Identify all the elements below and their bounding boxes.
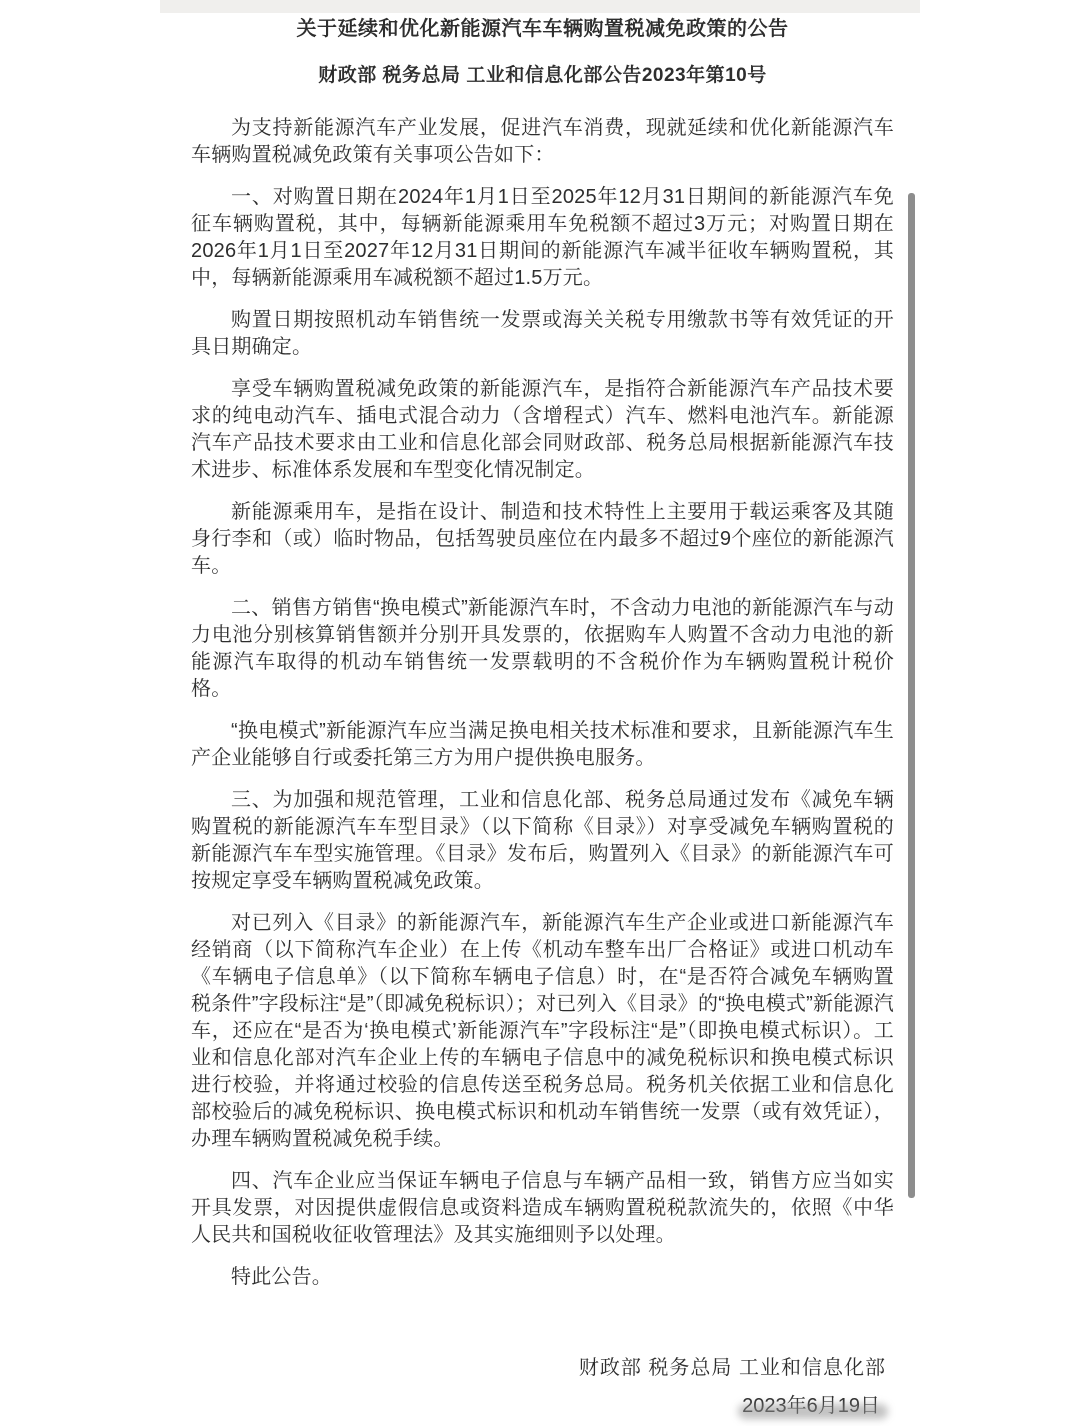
document-date: 2023年6月19日 (742, 1395, 880, 1417)
document-paragraph: “换电模式”新能源汽车应当满足换电相关技术标准和要求，且新能源汽车生产企业能够自… (191, 718, 894, 772)
document-paragraph: 四、汽车企业应当保证车辆电子信息与车辆产品相一致，销售方应当如实开具发票，对因提… (191, 1168, 894, 1249)
document-paragraph: 购置日期按照机动车销售统一发票或海关关税专用缴款书等有效凭证的开具日期确定。 (191, 307, 894, 361)
document-paragraph: 二、销售方销售“换电模式”新能源汽车时，不含动力电池的新能源汽车与动力电池分别核… (191, 595, 894, 703)
document-paragraph: 一、对购置日期在2024年1月1日至2025年12月31日期间的新能源汽车免征车… (191, 184, 894, 292)
signature-line: 财政部 税务总局 工业和信息化部 (191, 1355, 894, 1381)
document-paragraph: 为支持新能源汽车产业发展，促进汽车消费，现就延续和优化新能源汽车车辆购置税减免政… (191, 115, 894, 169)
date-line: 2023年6月19日 (191, 1393, 894, 1419)
document-body: 为支持新能源汽车产业发展，促进汽车消费，现就延续和优化新能源汽车车辆购置税减免政… (191, 115, 894, 1249)
announcement-page: 关于延续和优化新能源汽车车辆购置税减免政策的公告 财政部 税务总局 工业和信息化… (191, 0, 894, 1419)
document-paragraph: 对已列入《目录》的新能源汽车，新能源汽车生产企业或进口新能源汽车经销商（以下简称… (191, 910, 894, 1153)
document-viewer: 关于延续和优化新能源汽车车辆购置税减免政策的公告 财政部 税务总局 工业和信息化… (0, 0, 1080, 1426)
document-title: 关于延续和优化新能源汽车车辆购置税减免政策的公告 (191, 16, 894, 43)
closing-line: 特此公告。 (191, 1264, 894, 1291)
document-paragraph: 三、为加强和规范管理，工业和信息化部、税务总局通过发布《减免车辆购置税的新能源汽… (191, 787, 894, 895)
document-paragraph: 享受车辆购置税减免政策的新能源汽车，是指符合新能源汽车产品技术要求的纯电动汽车、… (191, 376, 894, 484)
scrollbar-thumb[interactable] (908, 193, 915, 1198)
document-issuer-number: 财政部 税务总局 工业和信息化部公告2023年第10号 (191, 63, 894, 89)
document-paragraph: 新能源乘用车，是指在设计、制造和技术特性上主要用于载运乘客及其随身行李和（或）临… (191, 499, 894, 580)
